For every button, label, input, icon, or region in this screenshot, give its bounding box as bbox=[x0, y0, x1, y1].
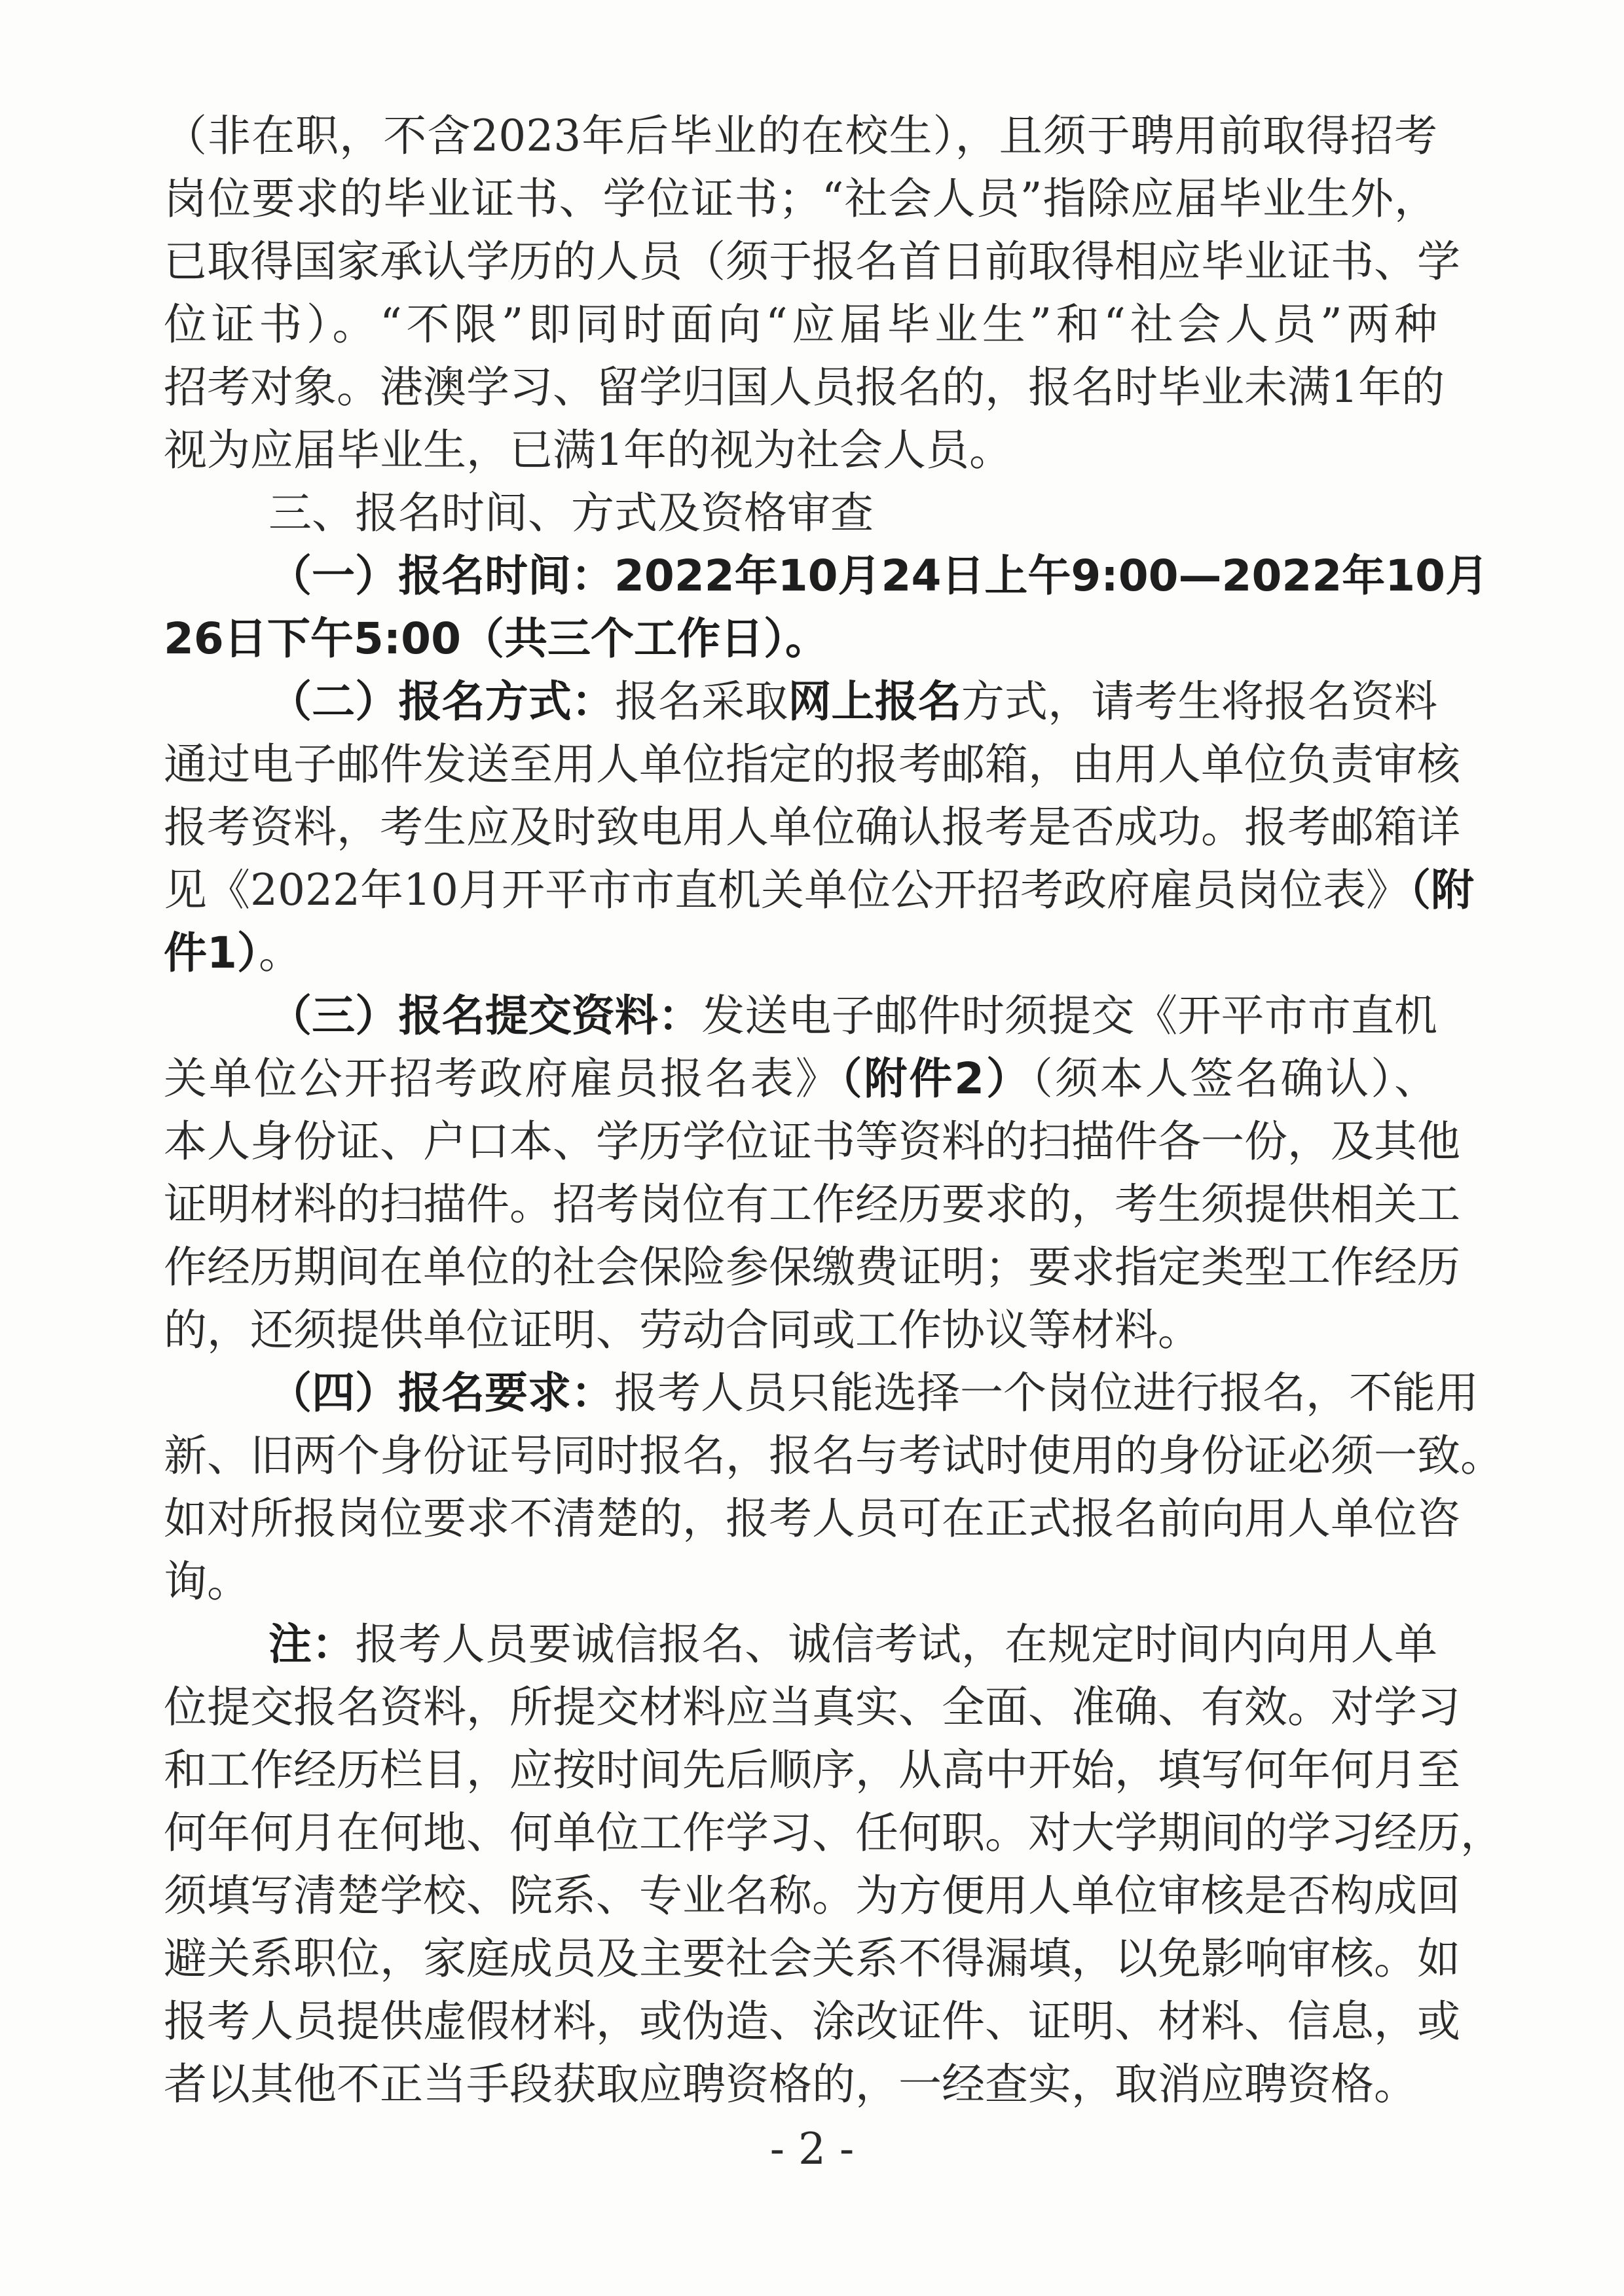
item2-text: 报名采取 bbox=[615, 676, 788, 727]
item2-text: 。 bbox=[259, 928, 302, 978]
paragraph-line: 位证书）。“不限”即同时面向“应届毕业生”和“社会人员”两种 bbox=[164, 293, 1437, 356]
item2-emphasis: 网上报名 bbox=[788, 676, 961, 727]
note-line: 报考人员提供虚假材料，或伪造、涂改证件、证明、材料、信息，或 bbox=[164, 1990, 1437, 2053]
paragraph-line: 视为应届毕业生，已满1年的视为社会人员。 bbox=[164, 419, 1437, 482]
attachment-ref: （附件2） bbox=[840, 1053, 1031, 1104]
item1-label: （一）报名时间： bbox=[268, 551, 614, 601]
note-text: 报考人员要诚信报名、诚信考试，在规定时间内向用人单 bbox=[355, 1619, 1437, 1669]
item1-line: 26日下午5:00（共三个工作日）。 bbox=[164, 608, 1437, 670]
paragraph-line: 招考对象。港澳学习、留学归国人员报名的，报名时毕业未满1年的 bbox=[164, 356, 1437, 419]
item3-line: 关单位公开招考政府雇员报名表》（附件2）（须本人签名确认）、 bbox=[164, 1048, 1437, 1110]
item2-line: 见《2022年10月开平市市直机关单位公开招考政府雇员岗位表》（附 bbox=[164, 859, 1437, 922]
note-line: 位提交报名资料，所提交材料应当真实、全面、准确、有效。对学习 bbox=[164, 1676, 1437, 1739]
item4-text: 报考人员只能选择一个岗位进行报名，不能用 bbox=[614, 1368, 1479, 1418]
item3-line: 作经历期间在单位的社会保险参保缴费证明；要求指定类型工作经历 bbox=[164, 1236, 1437, 1299]
item2-text: 见《2022年10月开平市市直机关单位公开招考政府雇员岗位表》 bbox=[164, 865, 1409, 915]
page-number: - 2 - bbox=[0, 2118, 1624, 2181]
note-line: 和工作经历栏目，应按时间先后顺序，从高中开始，填写何年何月至 bbox=[164, 1739, 1437, 1802]
item4-label: （四）报名要求： bbox=[268, 1368, 614, 1418]
section-heading: 三、报名时间、方式及资格审查 bbox=[268, 482, 1437, 545]
note-line: 注：报考人员要诚信报名、诚信考试，在规定时间内向用人单 bbox=[268, 1613, 1437, 1676]
item3-text: （须本人签名确认）、 bbox=[1031, 1053, 1437, 1104]
note-line: 避关系职位，家庭成员及主要社会关系不得漏填，以免影响审核。如 bbox=[164, 1927, 1437, 1990]
note-line: 何年何月在何地、何单位工作学习、任何职。对大学期间的学习经历， bbox=[164, 1802, 1437, 1865]
item2-text: 方式，请考生将报名资料 bbox=[961, 676, 1437, 727]
item1-line: （一）报名时间：2022年10月24日上午9:00—2022年10月 bbox=[268, 545, 1437, 608]
item3-line: （三）报名提交资料：发送电子邮件时须提交《开平市市直机 bbox=[268, 985, 1437, 1048]
item4-line: 如对所报岗位要求不清楚的，报考人员可在正式报名前向用人单位咨 bbox=[164, 1487, 1437, 1550]
item2-line: 报考资料，考生应及时致电用人单位确认报考是否成功。报考邮箱详 bbox=[164, 796, 1437, 859]
item2-line: 通过电子邮件发送至用人单位指定的报考邮箱，由用人单位负责审核 bbox=[164, 733, 1437, 796]
note-label: 注： bbox=[268, 1619, 355, 1669]
item4-line: （四）报名要求：报考人员只能选择一个岗位进行报名，不能用 bbox=[268, 1362, 1437, 1425]
paragraph-line: 已取得国家承认学历的人员（须于报名首日前取得相应毕业证书、学 bbox=[164, 230, 1437, 293]
item1-time-range: 2022年10月24日上午9:00—2022年10月 bbox=[614, 551, 1488, 601]
note-line: 者以其他不正当手段获取应聘资格的，一经查实，取消应聘资格。 bbox=[164, 2053, 1437, 2116]
note-line: 须填写清楚学校、院系、专业名称。为方便用人单位审核是否构成回 bbox=[164, 1865, 1437, 1927]
paragraph-line: （非在职，不含2023年后毕业的在校生），且须于聘用前取得招考 bbox=[164, 105, 1437, 168]
item3-text: 发送电子邮件时须提交《开平市市直机 bbox=[701, 991, 1437, 1041]
item2-line: 件1）。 bbox=[164, 922, 1437, 985]
item3-line: 证明材料的扫描件。招考岗位有工作经历要求的，考生须提供相关工 bbox=[164, 1173, 1437, 1236]
item4-line: 询。 bbox=[164, 1550, 1437, 1613]
item3-line: 的，还须提供单位证明、劳动合同或工作协议等材料。 bbox=[164, 1299, 1437, 1362]
item4-line: 新、旧两个身份证号同时报名，报名与考试时使用的身份证必须一致。 bbox=[164, 1425, 1437, 1487]
item3-text: 关单位公开招考政府雇员报名表》 bbox=[164, 1053, 840, 1104]
item3-label: （三）报名提交资料： bbox=[268, 991, 701, 1041]
item2-label: （二）报名方式： bbox=[268, 676, 615, 727]
paragraph-line: 岗位要求的毕业证书、学位证书；“社会人员”指除应届毕业生外， bbox=[164, 168, 1437, 230]
attachment-ref: 件1） bbox=[164, 928, 259, 978]
item3-line: 本人身份证、户口本、学历学位证书等资料的扫描件各一份，及其他 bbox=[164, 1110, 1437, 1173]
document-page: （非在职，不含2023年后毕业的在校生），且须于聘用前取得招考 岗位要求的毕业证… bbox=[0, 0, 1624, 2296]
item2-line: （二）报名方式：报名采取网上报名方式，请考生将报名资料 bbox=[268, 670, 1437, 733]
attachment-ref: （附 bbox=[1409, 865, 1474, 915]
